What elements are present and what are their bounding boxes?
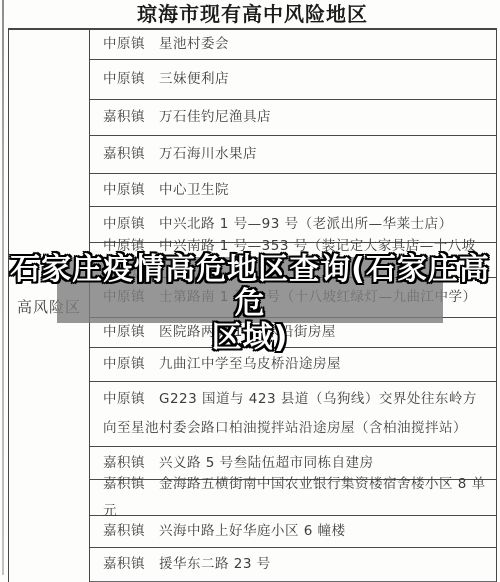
watermark-line-2: 区域) [0, 321, 500, 355]
table-row-text: 中原镇 九曲江中学至乌皮桥沿途房屋 [103, 351, 341, 378]
table-row: 中原镇 G223 国道与 423 县道（乌狗线）交界处往东岭方向至星池村委会路口… [90, 382, 496, 446]
table-row: 嘉积镇 兴海中路上好华庭小区 6 幢楼 [90, 516, 496, 548]
table-row-text: 中原镇 三妹便利店 [103, 66, 229, 93]
table-row-text: 中原镇 G223 国道与 423 县道（乌狗线）交界处往东岭方向至星池村委会路口… [103, 385, 486, 443]
watermark-caption: 石家庄疫情高危地区查询(石家庄高危 区域) [0, 253, 500, 355]
watermark-line-1: 石家庄疫情高危地区查询(石家庄高危 [0, 253, 500, 321]
table-row: 嘉积镇 援华东二路 23 号 [90, 548, 496, 582]
table-row-text: 嘉积镇 万石佳钓尼渔具店 [103, 104, 271, 131]
table-row: 中原镇 中心卫生院 [90, 174, 496, 208]
table-row: 中原镇 星池村委会 [90, 30, 496, 60]
table-row: 嘉积镇 万石佳钓尼渔具店 [90, 100, 496, 137]
page-title: 琼海市现有高中风险地区 [8, 1, 497, 27]
table-row-text: 中原镇 中心卫生院 [103, 177, 229, 204]
table-row: 中原镇 三妹便利店 [90, 60, 496, 100]
table-row: 嘉积镇 万石海川水果店 [90, 136, 496, 174]
table-row: 嘉积镇 金海路五横街南中国农业银行集资楼宿舍楼小区 8 单元 [90, 480, 496, 516]
scanned-document-page: 琼海市现有高中风险地区 高风险区 中原镇 星池村委会 中原镇 三妹便利店 嘉积镇… [0, 0, 500, 582]
table-row-text: 嘉积镇 万石海川水果店 [103, 141, 257, 168]
table-row-text: 嘉积镇 援华东二路 23 号 [103, 551, 271, 578]
table-row-text: 中原镇 星池村委会 [103, 31, 229, 58]
table-row-text: 嘉积镇 兴海中路上好华庭小区 6 幢楼 [103, 518, 346, 545]
